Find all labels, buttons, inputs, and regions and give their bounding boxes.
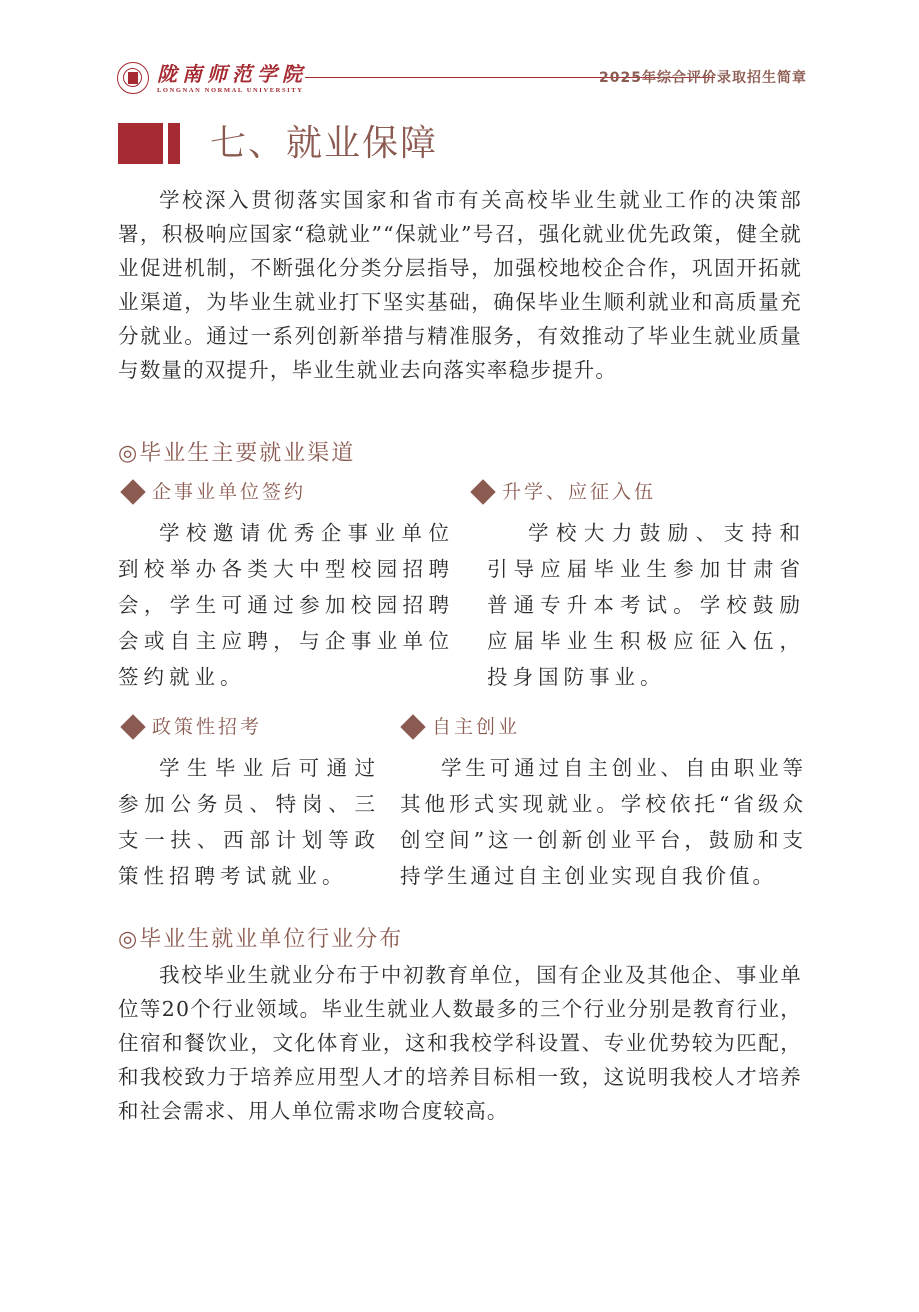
section-marker-block bbox=[118, 123, 163, 164]
channel-item-head-1: 企事业单位签约 bbox=[118, 477, 306, 507]
channels-heading: ◎毕业生主要就业渠道 bbox=[118, 439, 355, 469]
section-title: 七、就业保障 bbox=[210, 121, 438, 167]
distribution-paragraph: 我校毕业生就业分布于中初教育单位，国有企业及其他企、事业单位等20个行业领域。毕… bbox=[118, 958, 802, 1128]
channel-label: 政策性招考 bbox=[152, 712, 262, 742]
section-marker-bar bbox=[168, 123, 180, 164]
channel-label: 企事业单位签约 bbox=[152, 477, 306, 507]
university-name-en: LONGNAN NORMAL UNIVERSITY bbox=[157, 87, 304, 95]
university-name-cn: 陇南师范学院 bbox=[157, 62, 307, 86]
diamond-bullet-icon bbox=[400, 714, 425, 739]
channel-item-head-3: 政策性招考 bbox=[118, 712, 262, 742]
channel-text: 学生毕业后可通过参加公务员、特岗、三支一扶、西部计划等政策性招聘考试就业。 bbox=[118, 750, 380, 894]
page-header: 陇南师范学院 LONGNAN NORMAL UNIVERSITY 2025年综合… bbox=[117, 60, 807, 100]
channel-text: 学生可通过自主创业、自由职业等其他形式实现就业。学校依托“省级众创空间”这一创新… bbox=[400, 750, 806, 894]
channel-label: 升学、应征入伍 bbox=[502, 477, 656, 507]
channel-text: 学校大力鼓励、支持和引导应届毕业生参加甘肃省普通专升本考试。学校鼓励应届毕业生积… bbox=[487, 515, 805, 695]
document-title: 2025年综合评价录取招生简章 bbox=[599, 69, 807, 87]
channel-item-head-2: 升学、应征入伍 bbox=[468, 477, 656, 507]
diamond-bullet-icon bbox=[470, 479, 495, 504]
university-seal-icon bbox=[117, 62, 149, 94]
distribution-heading: ◎毕业生就业单位行业分布 bbox=[118, 925, 403, 955]
diamond-bullet-icon bbox=[120, 479, 145, 504]
channel-item-head-4: 自主创业 bbox=[398, 712, 520, 742]
channel-label: 自主创业 bbox=[432, 712, 520, 742]
intro-paragraph: 学校深入贯彻落实国家和省市有关高校毕业生就业工作的决策部署，积极响应国家“稳就业… bbox=[118, 183, 802, 387]
channel-text: 学校邀请优秀企事业单位到校举办各类大中型校园招聘会，学生可通过参加校园招聘会或自… bbox=[118, 515, 454, 695]
diamond-bullet-icon bbox=[120, 714, 145, 739]
